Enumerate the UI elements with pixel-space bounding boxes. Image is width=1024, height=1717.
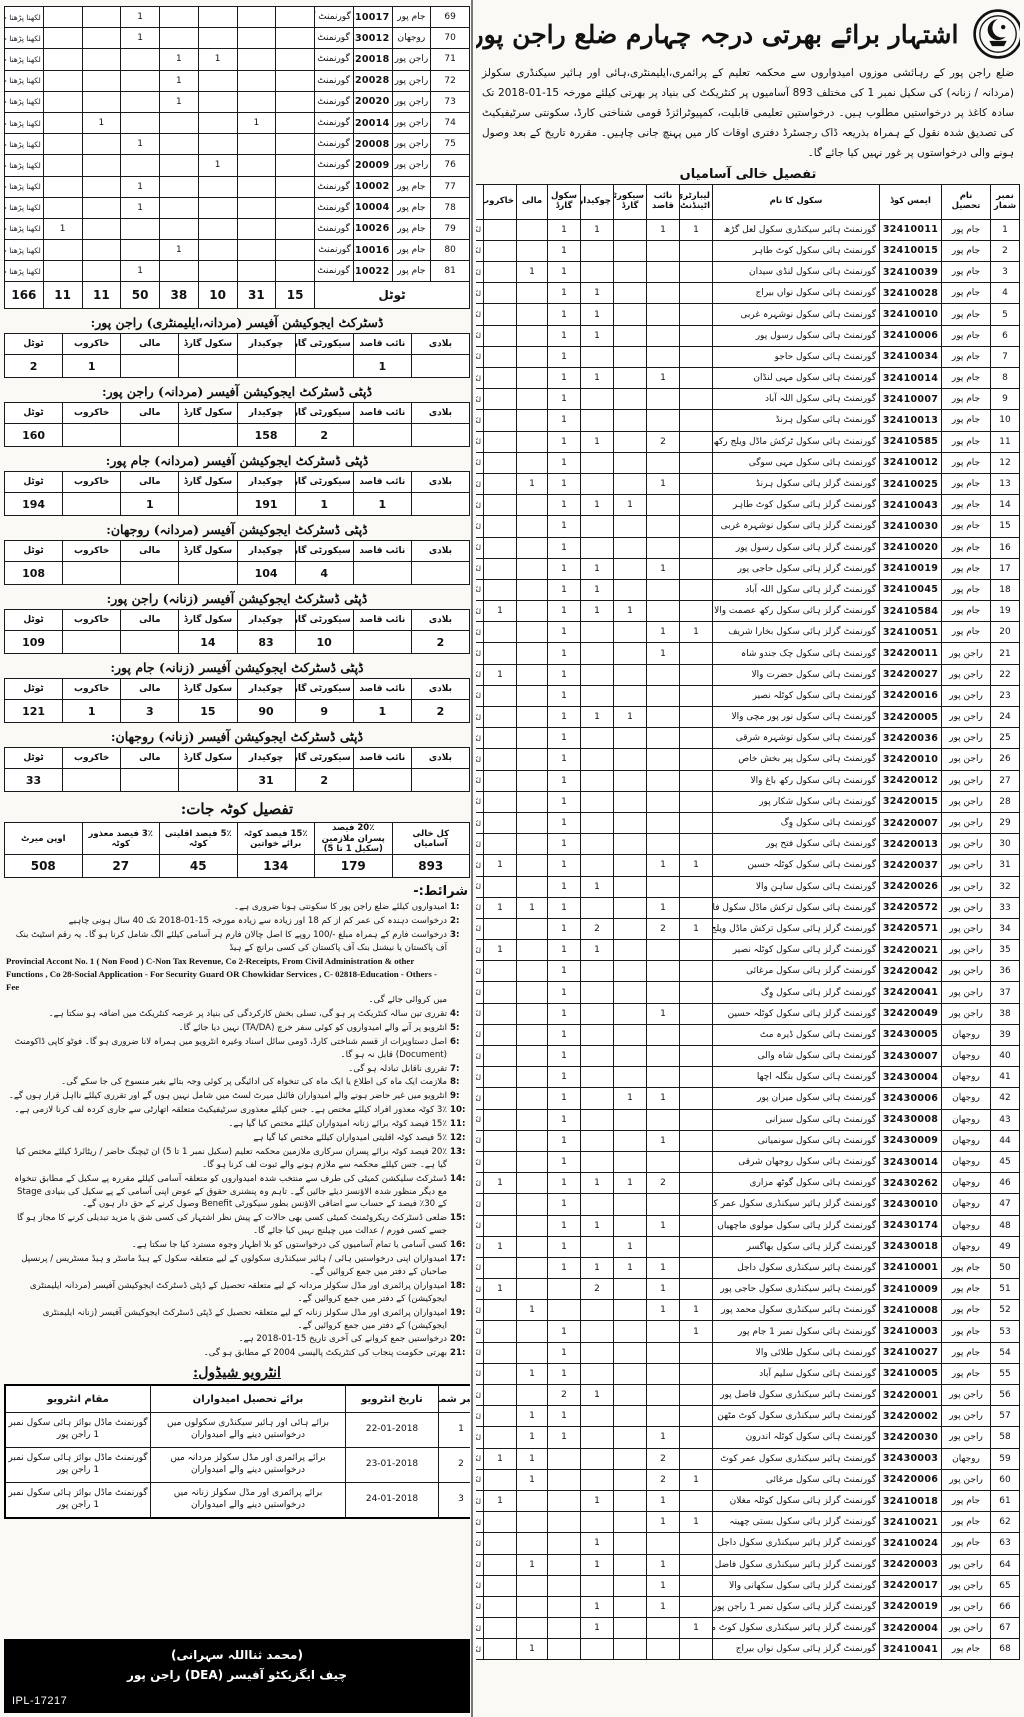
school-name: گورنمنٹ ہائی سکول کوٹلہ دیوان xyxy=(315,176,354,197)
serial-number: 50 xyxy=(991,1257,1020,1278)
post-count xyxy=(647,1342,680,1363)
tehsil-name: روجھان xyxy=(942,1236,991,1257)
vacancy-row: 57راجن پور32420002گورنمنٹ ہائیر سیکنڈری … xyxy=(476,1406,1020,1427)
serial-number: 22 xyxy=(991,664,1020,685)
post-count: 108 xyxy=(5,562,63,585)
post-count xyxy=(517,219,548,240)
post-count: 1 xyxy=(581,1173,614,1194)
post-count xyxy=(647,1406,680,1427)
school-name: گورنمنٹ ہائی سکول سونمیانی xyxy=(713,1130,880,1151)
post-count xyxy=(614,622,647,643)
tehsil-name: راجن پور xyxy=(942,1618,991,1639)
tehsil-name: راجن پور xyxy=(942,1596,991,1617)
ad-header: اشتہار برائے بھرتی درجہ چہارم ضلع راجن پ… xyxy=(476,2,1020,62)
post-count: 1 xyxy=(647,1490,680,1511)
tehsil-name: جام پور xyxy=(392,197,431,218)
vacancy-row: 53جام پور32410003گورنمنٹ ہائی سکول نمبر … xyxy=(476,1321,1020,1342)
school-name: گورنمنٹ گرلز ہائی سکول کوٹ طاہر xyxy=(713,495,880,516)
school-name: گورنمنٹ ہائی سکول حاجو xyxy=(713,346,880,367)
vacancy-row: 23راجن پور32420016گورنمنٹ ہائی سکول کوٹل… xyxy=(476,685,1020,706)
post-count xyxy=(680,1215,713,1236)
qualification-note: لکھنا پڑھنا جانتا ہو۔ xyxy=(476,1215,484,1236)
post-count xyxy=(581,1342,614,1363)
post-count: 90 xyxy=(237,700,295,723)
post-count xyxy=(680,1279,713,1300)
serial-number: 58 xyxy=(991,1427,1020,1448)
post-count xyxy=(647,876,680,897)
serial-number: 71 xyxy=(431,49,470,70)
post-count: 1 xyxy=(353,493,411,516)
vacancy-row: 79جام پور32410026گورنمنٹ سٹی ہائی سکول ج… xyxy=(5,218,470,239)
post-count xyxy=(43,49,82,70)
office-values-row: 219901531121 xyxy=(5,700,470,723)
qualification-note: لکھنا پڑھنا جانتا ہو۔ xyxy=(476,1279,484,1300)
column-header: سیکورٹی گارڈ xyxy=(295,679,353,700)
school-name: گورنمنٹ ہائی سکول اللہ آباد xyxy=(713,389,880,410)
school-name: گورنمنٹ ہائیر سیکنڈری سکول کوٹ مٹھن xyxy=(713,1406,880,1427)
emis-code: 32420041 xyxy=(880,982,942,1003)
post-count: 1 xyxy=(517,1300,548,1321)
term-item: :5انٹرویو پر آنے والے امیدواروں کو کوئی … xyxy=(6,1022,468,1035)
post-count xyxy=(484,1427,517,1448)
vacancy-row: 5جام پور32410010گورنمنٹ ہائی سکول نوشہرہ… xyxy=(476,304,1020,325)
post-count: 1 xyxy=(581,1618,614,1639)
serial-number: 1 xyxy=(991,219,1020,240)
column-header: مالی xyxy=(121,748,179,769)
post-count xyxy=(614,918,647,939)
post-count xyxy=(614,1109,647,1130)
column-header: بلادی xyxy=(411,334,469,355)
qualification-note: لکھنا پڑھنا جانتا ہو۔ xyxy=(476,897,484,918)
column-header: نائب قاصد xyxy=(647,184,680,219)
post-count xyxy=(581,1003,614,1024)
emis-code: 32420003 xyxy=(880,1554,942,1575)
post-count: 1 xyxy=(484,1236,517,1257)
vacancy-row: 1جام پور32410011گورنمنٹ ہائیر سیکنڈری سک… xyxy=(476,219,1020,240)
tehsil-name: راجن پور xyxy=(392,112,431,133)
vacancy-row: 46روجھان32430262گورنمنٹ ہائی سکول گوٹھ م… xyxy=(476,1173,1020,1194)
post-count: 1 xyxy=(548,685,581,706)
serial-number: 35 xyxy=(991,940,1020,961)
serial-number: 24 xyxy=(991,707,1020,728)
term-number: :20 xyxy=(447,1333,468,1346)
post-count xyxy=(680,876,713,897)
post-count xyxy=(517,1003,548,1024)
post-count: 1 xyxy=(484,1279,517,1300)
school-name: گورنمنٹ ہائی سکول سبزانی xyxy=(713,1109,880,1130)
post-count xyxy=(198,7,237,28)
post-count xyxy=(680,1427,713,1448)
emis-code: 32420013 xyxy=(880,834,942,855)
post-count xyxy=(237,197,276,218)
qualification-note: لکھنا پڑھنا جانتا ہو۔ xyxy=(476,1469,484,1490)
post-count: 1 xyxy=(121,28,160,49)
qualification-note: لکھنا پڑھنا جانتا ہو۔ xyxy=(476,834,484,855)
vacancy-row: 6جام پور32410006گورنمنٹ ہائی سکول رسول پ… xyxy=(476,325,1020,346)
school-name: گورنمنٹ ہائی سکول مرغائی xyxy=(713,1469,880,1490)
post-count xyxy=(121,562,179,585)
emis-code: 32410030 xyxy=(880,516,942,537)
post-count xyxy=(353,769,411,792)
post-count: 1 xyxy=(680,1618,713,1639)
post-count xyxy=(680,1596,713,1617)
post-count: 1 xyxy=(680,1321,713,1342)
post-count xyxy=(160,218,199,239)
vacancy-row: 21راجن پور32420011گورنمنٹ ہائی سکول چک ج… xyxy=(476,643,1020,664)
post-count xyxy=(484,1342,517,1363)
post-count xyxy=(517,918,548,939)
post-count: 109 xyxy=(5,631,63,654)
column-header: نائب قاصد xyxy=(353,748,411,769)
post-count xyxy=(484,1194,517,1215)
term-item: :19امیدواران پرائمری اور مڈل سکولز زنانہ… xyxy=(6,1307,468,1333)
post-count xyxy=(517,1490,548,1511)
post-count: 1 xyxy=(680,855,713,876)
serial-number: 66 xyxy=(991,1596,1020,1617)
term-item: :21بھرتی حکومت پنجاب کی کنٹریکٹ پالیسی 2… xyxy=(6,1347,468,1360)
post-count: 1 xyxy=(647,1554,680,1575)
post-count xyxy=(647,812,680,833)
serial-number: 72 xyxy=(431,70,470,91)
term-number: :21 xyxy=(447,1347,468,1360)
post-count: 1 xyxy=(484,1173,517,1194)
emis-code: 32420001 xyxy=(880,1385,942,1406)
vacancy-row: 34راجن پور32420571گورنمنٹ گرلز ہائی سکول… xyxy=(476,918,1020,939)
emis-code: 32410007 xyxy=(880,389,942,410)
post-count xyxy=(647,516,680,537)
post-count xyxy=(614,558,647,579)
post-count: 1 xyxy=(548,410,581,431)
post-count xyxy=(276,176,315,197)
term-text: امیدواران پرائمری اور مڈل سکولز زنانہ کے… xyxy=(6,1307,447,1333)
post-count: 1 xyxy=(581,283,614,304)
post-count: 1 xyxy=(121,493,179,516)
qualification-note: لکھنا پڑھنا جانتا ہو۔ xyxy=(5,197,44,218)
grand-total: 166 xyxy=(5,282,44,309)
total-count: 11 xyxy=(43,282,82,309)
emis-code: 32430004 xyxy=(880,1067,942,1088)
post-count xyxy=(517,452,548,473)
post-count: 1 xyxy=(82,112,121,133)
tehsil-name: راجن پور xyxy=(942,749,991,770)
post-count xyxy=(484,473,517,494)
total-count: 38 xyxy=(160,282,199,309)
emis-code: 32410019 xyxy=(880,558,942,579)
post-count: 9 xyxy=(295,700,353,723)
office-table: بلادینائب قاصدسیکورٹی گارڈچوکیدارسکول گا… xyxy=(4,747,470,792)
column-header: ٹوٹل xyxy=(5,541,63,562)
post-count: 1 xyxy=(581,558,614,579)
post-count: 1 xyxy=(484,1490,517,1511)
office-header-row: بلادینائب قاصدسیکورٹی گارڈچوکیدارسکول گا… xyxy=(5,403,470,424)
post-count xyxy=(680,473,713,494)
column-header: چوکیدار xyxy=(581,184,614,219)
post-count xyxy=(581,1427,614,1448)
office-table-title: ڈپٹی ڈسٹرکٹ ایجوکیشن آفیسر (مردانہ) روجھ… xyxy=(4,516,470,540)
vacancy-row: 61جام پور32410018گورنمنٹ گرلز ہائی سکول … xyxy=(476,1490,1020,1511)
serial-number: 63 xyxy=(991,1533,1020,1554)
post-count: 1 xyxy=(548,1109,581,1130)
post-count: 1 xyxy=(548,1427,581,1448)
tehsil-name: جام پور xyxy=(942,1639,991,1660)
emis-code: 32410004 xyxy=(353,197,392,218)
post-count: 2 xyxy=(647,431,680,452)
emis-code: 32410022 xyxy=(353,261,392,282)
post-count xyxy=(548,1469,581,1490)
office-table: بلادینائب قاصدسیکورٹی گارڈچوکیدارسکول گا… xyxy=(4,402,470,447)
office-table-title: ڈپٹی ڈسٹرکٹ ایجوکیشن آفیسر (زنانہ) روجھا… xyxy=(4,723,470,747)
column-header: خاکروب xyxy=(63,334,121,355)
vacancy-row: 8جام پور32410014گورنمنٹ ہائی سکول مہی لن… xyxy=(476,368,1020,389)
vacancy-row: 32راجن پور32420026گورنمنٹ ہائی سکول ساہن… xyxy=(476,876,1020,897)
term-item: :1امیدواروں کیلئے ضلع راجن پور کا سکونتی… xyxy=(6,901,468,914)
vacancy-row: 59روجھان32430003گورنمنٹ ہائیر سیکنڈری سک… xyxy=(476,1448,1020,1469)
qualification-note: لکھنا پڑھنا جانتا ہو۔ xyxy=(476,473,484,494)
post-count xyxy=(517,1151,548,1172)
post-count xyxy=(160,112,199,133)
school-name: گورنمنٹ ہائی سکول رسول پور xyxy=(713,325,880,346)
post-count: 1 xyxy=(484,664,517,685)
post-count xyxy=(160,134,199,155)
post-count: 1 xyxy=(548,982,581,1003)
post-count: 1 xyxy=(484,855,517,876)
term-number: :15 xyxy=(447,1212,468,1238)
post-count xyxy=(82,7,121,28)
post-count xyxy=(647,791,680,812)
post-count xyxy=(581,770,614,791)
post-count xyxy=(484,219,517,240)
term-number: :8 xyxy=(447,1076,468,1089)
emis-code: 32410034 xyxy=(880,346,942,367)
qualification-note: لکھنا پڑھنا جانتا ہو۔ xyxy=(476,325,484,346)
post-count xyxy=(517,1279,548,1300)
school-name: گورنمنٹ گرلز ہائی سکول بخارا شریف xyxy=(713,622,880,643)
post-count xyxy=(517,537,548,558)
school-name: گورنمنٹ ہائی سکول رکھ باغ والا xyxy=(713,770,880,791)
post-count xyxy=(680,601,713,622)
post-count xyxy=(179,562,237,585)
post-count xyxy=(517,495,548,516)
post-count xyxy=(484,240,517,261)
post-count xyxy=(680,982,713,1003)
post-count: 2 xyxy=(647,1448,680,1469)
tehsil-name: راجن پور xyxy=(942,664,991,685)
post-count xyxy=(581,262,614,283)
post-count: 1 xyxy=(680,1512,713,1533)
post-count xyxy=(484,516,517,537)
post-count xyxy=(517,685,548,706)
tehsil-name: جام پور xyxy=(392,261,431,282)
qualification-note: لکھنا پڑھنا جانتا ہو۔ xyxy=(476,1596,484,1617)
post-count xyxy=(517,1512,548,1533)
post-count xyxy=(121,240,160,261)
post-count xyxy=(517,961,548,982)
post-count xyxy=(614,834,647,855)
office-header-row: بلادینائب قاصدسیکورٹی گارڈچوکیدارسکول گا… xyxy=(5,679,470,700)
post-count xyxy=(680,1490,713,1511)
post-count xyxy=(647,1109,680,1130)
serial-number: 77 xyxy=(431,176,470,197)
post-count: 1 xyxy=(581,495,614,516)
post-count: 1 xyxy=(614,495,647,516)
post-count xyxy=(484,918,517,939)
term-number: :19 xyxy=(447,1307,468,1333)
ad-title: اشتہار برائے بھرتی درجہ چہارم ضلع راجن پ… xyxy=(476,20,958,49)
serial-number: 46 xyxy=(991,1173,1020,1194)
post-count: 1 xyxy=(548,537,581,558)
vacancy-row: 65راجن پور32420017گورنمنٹ گرلز ہائی سکول… xyxy=(476,1575,1020,1596)
post-count: 1 xyxy=(548,516,581,537)
serial-number: 23 xyxy=(991,685,1020,706)
column-header: چوکیدار xyxy=(237,541,295,562)
post-count: 83 xyxy=(237,631,295,654)
post-count: 158 xyxy=(237,424,295,447)
tehsil-name: جام پور xyxy=(392,7,431,28)
serial-number: 32 xyxy=(991,876,1020,897)
post-count xyxy=(43,155,82,176)
term-item: :9انٹرویو میں غیر حاضر ہونے والے امیدوار… xyxy=(6,1090,468,1103)
post-count: 2 xyxy=(5,355,63,378)
emis-code: 32420021 xyxy=(880,940,942,961)
post-count xyxy=(121,631,179,654)
tehsil-name: راجن پور xyxy=(942,1575,991,1596)
vacancy-row: 40روجھان32430007گورنمنٹ ہائی سکول شاہ وا… xyxy=(476,1046,1020,1067)
post-count xyxy=(237,176,276,197)
post-count xyxy=(276,134,315,155)
vacancy-row: 25راجن پور32420036گورنمنٹ ہائی سکول نوشہ… xyxy=(476,728,1020,749)
post-count xyxy=(82,134,121,155)
post-count xyxy=(581,1236,614,1257)
post-count xyxy=(680,1194,713,1215)
post-count: 1 xyxy=(548,389,581,410)
post-count xyxy=(548,1533,581,1554)
post-count xyxy=(517,1596,548,1617)
post-count: 1 xyxy=(548,219,581,240)
post-count xyxy=(680,304,713,325)
vacancy-row: 28راجن پور32420015گورنمنٹ ہائی سکول شکار… xyxy=(476,791,1020,812)
post-count: 2 xyxy=(647,918,680,939)
post-count: 1 xyxy=(548,262,581,283)
emis-code: 32410028 xyxy=(880,283,942,304)
vacancy-row: 81جام پور32410022گورنمنٹ گرلز ہائی سکول … xyxy=(5,261,470,282)
post-count xyxy=(614,1618,647,1639)
office-values-row: 111911194 xyxy=(5,493,470,516)
post-count xyxy=(82,70,121,91)
vacancy-row: 4جام پور32410028گورنمنٹ ہائی سکول نواں ب… xyxy=(476,283,1020,304)
post-count xyxy=(484,1596,517,1617)
school-name: گورنمنٹ گرلز ہائی سکول نوشہرہ غربی xyxy=(713,516,880,537)
post-count xyxy=(680,1236,713,1257)
post-count xyxy=(82,240,121,261)
column-header: 15٪ فیصد کوٹہ برائے خواتین xyxy=(237,823,315,855)
post-count xyxy=(614,1046,647,1067)
quota-values-row: 8931791344527508 xyxy=(5,855,470,878)
post-count xyxy=(680,558,713,579)
qualification-note: لکھنا پڑھنا جانتا ہو۔ xyxy=(476,516,484,537)
emis-code: 32420006 xyxy=(880,1469,942,1490)
post-count xyxy=(614,940,647,961)
tehsil-name: راجن پور xyxy=(942,876,991,897)
emis-code: 32430006 xyxy=(880,1088,942,1109)
post-count xyxy=(614,770,647,791)
post-count: 1 xyxy=(647,1512,680,1533)
post-count xyxy=(484,812,517,833)
post-count xyxy=(581,834,614,855)
post-count xyxy=(237,70,276,91)
qualification-note: لکھنا پڑھنا جانتا ہو۔ xyxy=(476,1618,484,1639)
post-count xyxy=(198,240,237,261)
post-count xyxy=(517,855,548,876)
post-count: 1 xyxy=(548,1067,581,1088)
post-count xyxy=(548,1490,581,1511)
emis-code: 32410018 xyxy=(880,1490,942,1511)
vacancy-row: 78جام پور32410004گورنمنٹ ہائی سکول کوٹلہ… xyxy=(5,197,470,218)
emis-code: 32420014 xyxy=(353,112,392,133)
tehsil-name: راجن پور xyxy=(942,1003,991,1024)
qualification-note: لکھنا پڑھنا جانتا ہو۔ xyxy=(476,368,484,389)
post-count xyxy=(517,622,548,643)
post-count xyxy=(614,283,647,304)
qualification-note: لکھنا پڑھنا جانتا ہو۔ xyxy=(476,1003,484,1024)
tehsil-name: جام پور xyxy=(942,325,991,346)
post-count: 1 xyxy=(484,940,517,961)
post-count: 1 xyxy=(548,452,581,473)
school-name: گورنمنٹ ہائیر سیکنڈری سکول لعل گڑھ xyxy=(713,219,880,240)
post-count xyxy=(581,791,614,812)
post-count xyxy=(484,1469,517,1490)
post-count xyxy=(680,643,713,664)
serial-number: 43 xyxy=(991,1109,1020,1130)
tehsil-name: جام پور xyxy=(942,368,991,389)
post-count xyxy=(484,495,517,516)
post-count: 1 xyxy=(295,493,353,516)
post-count: 1 xyxy=(121,7,160,28)
serial-number: 36 xyxy=(991,961,1020,982)
vacancy-row: 36راجن پور32420042گورنمنٹ گرلز ہائی سکول… xyxy=(476,961,1020,982)
school-name: گورنمنٹ ہائیر سیکنڈری سکول داجل xyxy=(713,1257,880,1278)
column-header: 3٪ فیصد معذور کوٹہ xyxy=(82,823,160,855)
post-count: 1 xyxy=(121,176,160,197)
vacancy-row: 33راجن پور32420572گورنمنٹ ہائی سکول ترکش… xyxy=(476,897,1020,918)
post-count xyxy=(647,749,680,770)
post-count: 1 xyxy=(548,1257,581,1278)
vacancy-row: 55جام پور32410005گورنمنٹ ہائی سکول سلیم … xyxy=(476,1363,1020,1384)
post-count: 1 xyxy=(517,1639,548,1660)
interview-venue: گورنمنٹ ماڈل بوائز ہائی سکول نمبر 1 راجن… xyxy=(5,1483,151,1519)
office-table-title: ڈپٹی ڈسٹرکٹ ایجوکیشن آفیسر (مردانہ) راجن… xyxy=(4,378,470,402)
school-name: گورنمنٹ ہائی سکول مہرے والا xyxy=(315,70,354,91)
post-count xyxy=(198,261,237,282)
post-count xyxy=(680,961,713,982)
post-count xyxy=(647,410,680,431)
vacancy-row: 63جام پور32410024گورنمنٹ گرلز ہائیر سیکن… xyxy=(476,1533,1020,1554)
quota-count: 45 xyxy=(160,855,238,878)
post-count xyxy=(517,728,548,749)
post-count xyxy=(121,112,160,133)
post-count xyxy=(647,1618,680,1639)
post-count xyxy=(484,1151,517,1172)
serial-number: 55 xyxy=(991,1363,1020,1384)
tehsil-name: روجھان xyxy=(942,1173,991,1194)
post-count: 2 xyxy=(647,1173,680,1194)
post-count: 2 xyxy=(581,1279,614,1300)
post-count: 1 xyxy=(548,1194,581,1215)
post-count xyxy=(517,304,548,325)
qualification-note: لکھنا پڑھنا جانتا ہو۔ xyxy=(476,452,484,473)
post-count: 1 xyxy=(548,240,581,261)
post-count: 1 xyxy=(581,304,614,325)
term-text: ضلعی ڈسٹرکٹ ریکروٹمنٹ کمیٹی کسی بھی حالا… xyxy=(6,1212,447,1238)
